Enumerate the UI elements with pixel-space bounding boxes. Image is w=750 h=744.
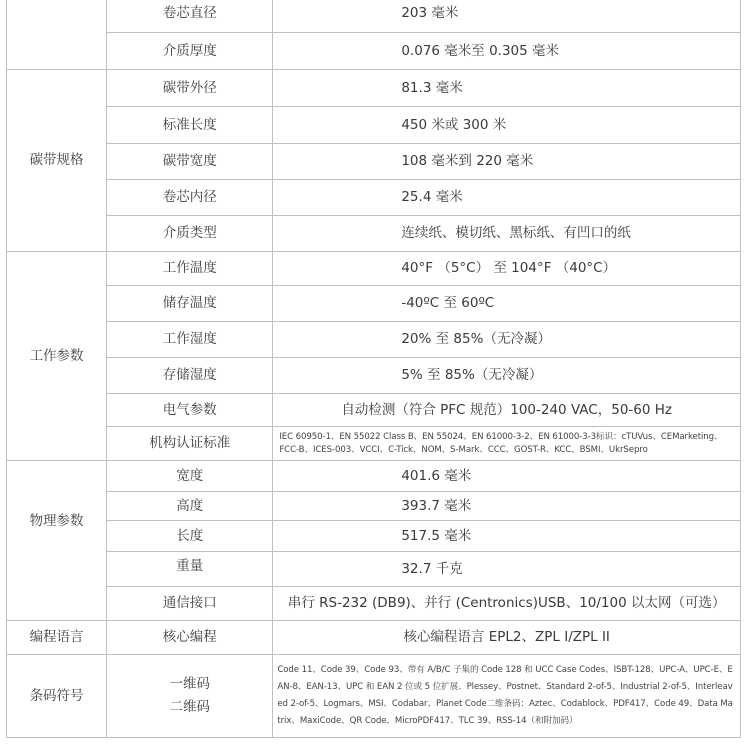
value-ribbon-od: 81.3 毫米 [273,70,741,107]
table-row: 长度 517.5 毫米 [7,521,741,552]
value-operating-temp: 40°F （5°C） 至 104°F （40°C） [273,252,741,286]
table-row: 介质厚度 0.076 毫米至 0.305 毫米 [7,33,741,70]
table-row: 电气参数 自动检测（符合 PFC 规范）100-240 VAC，50-60 Hz [7,394,741,427]
table-row: 重量 32.7 千克 [7,552,741,587]
table-row: 机构认证标准 IEC 60950-1、EN 55022 Class B、EN 5… [7,427,741,461]
table-row: 通信接口 串行 RS-232 (DB9)、并行 (Centronics)USB、… [7,587,741,621]
group-ribbon-spec: 碳带规格 [7,70,107,252]
table-row: 物理参数 宽度 401.6 毫米 [7,461,741,492]
param-certifications: 机构认证标准 [107,427,273,461]
table-row: 介质类型 连续纸、模切纸、黑标纸、有凹口的纸 [7,216,741,252]
table-row: 碳带宽度 108 毫米到 220 毫米 [7,144,741,180]
value-media-type: 连续纸、模切纸、黑标纸、有凹口的纸 [273,216,741,252]
group-programming-language: 编程语言 [7,621,107,655]
table-row: 卷芯内径 25.4 毫米 [7,180,741,216]
param-media-type: 介质类型 [107,216,273,252]
group-operating-params: 工作参数 [7,252,107,461]
table-row: 工作参数 工作温度 40°F （5°C） 至 104°F （40°C） [7,252,741,286]
value-weight: 32.7 千克 [273,552,741,587]
param-length: 长度 [107,521,273,552]
param-weight: 重量 [107,552,273,587]
table-row: 高度 393.7 毫米 [7,492,741,521]
value-electrical: 自动检测（符合 PFC 规范）100-240 VAC，50-60 Hz [273,394,741,427]
value-storage-temp: -40ºC 至 60ºC [273,286,741,322]
table-row: 储存温度 -40ºC 至 60ºC [7,286,741,322]
value-core-id: 25.4 毫米 [273,180,741,216]
table-row: 碳带规格 碳带外径 81.3 毫米 [7,70,741,107]
param-width: 宽度 [107,461,273,492]
table-row: 卷芯直径 203 毫米 [7,0,741,33]
table-row: 条码符号 一维码 二维码 Code 11、Code 39、Code 93、带有 … [7,655,741,738]
value-barcode-list: Code 11、Code 39、Code 93、带有 A/B/C 子集的 Cod… [273,655,741,738]
value-certifications: IEC 60950-1、EN 55022 Class B、EN 55024、EN… [273,427,741,461]
value-core-diameter: 203 毫米 [273,0,741,33]
param-interfaces: 通信接口 [107,587,273,621]
value-storage-humidity: 5% 至 85%（无冷凝） [273,358,741,394]
table-row: 标准长度 450 米或 300 米 [7,107,741,144]
value-width: 401.6 毫米 [273,461,741,492]
value-operating-humidity: 20% 至 85%（无冷凝） [273,322,741,358]
group-barcode-symbologies: 条码符号 [7,655,107,738]
param-barcode-types: 一维码 二维码 [107,655,273,738]
param-core-programming: 核心编程 [107,621,273,655]
value-standard-length: 450 米或 300 米 [273,107,741,144]
table-row: 工作湿度 20% 至 85%（无冷凝） [7,322,741,358]
spec-table: 卷芯直径 203 毫米 介质厚度 0.076 毫米至 0.305 毫米 碳带规格… [6,0,741,738]
value-interfaces: 串行 RS-232 (DB9)、并行 (Centronics)USB、10/10… [273,587,741,621]
param-ribbon-od: 碳带外径 [107,70,273,107]
value-length: 517.5 毫米 [273,521,741,552]
value-ribbon-width: 108 毫米到 220 毫米 [273,144,741,180]
param-2d-barcode: 二维码 [107,696,272,719]
param-1d-barcode: 一维码 [107,673,272,696]
param-core-diameter: 卷芯直径 [107,0,273,33]
table-row: 编程语言 核心编程 核心编程语言 EPL2、ZPL I/ZPL II [7,621,741,655]
value-media-thickness: 0.076 毫米至 0.305 毫米 [273,33,741,70]
param-storage-temp: 储存温度 [107,286,273,322]
param-height: 高度 [107,492,273,521]
table-row: 存储湿度 5% 至 85%（无冷凝） [7,358,741,394]
param-ribbon-width: 碳带宽度 [107,144,273,180]
group-cell [7,0,107,70]
param-electrical: 电气参数 [107,394,273,427]
param-core-id: 卷芯内径 [107,180,273,216]
group-physical-params: 物理参数 [7,461,107,621]
param-storage-humidity: 存储湿度 [107,358,273,394]
param-media-thickness: 介质厚度 [107,33,273,70]
value-height: 393.7 毫米 [273,492,741,521]
param-operating-humidity: 工作湿度 [107,322,273,358]
param-operating-temp: 工作温度 [107,252,273,286]
param-standard-length: 标准长度 [107,107,273,144]
value-core-programming: 核心编程语言 EPL2、ZPL I/ZPL II [273,621,741,655]
